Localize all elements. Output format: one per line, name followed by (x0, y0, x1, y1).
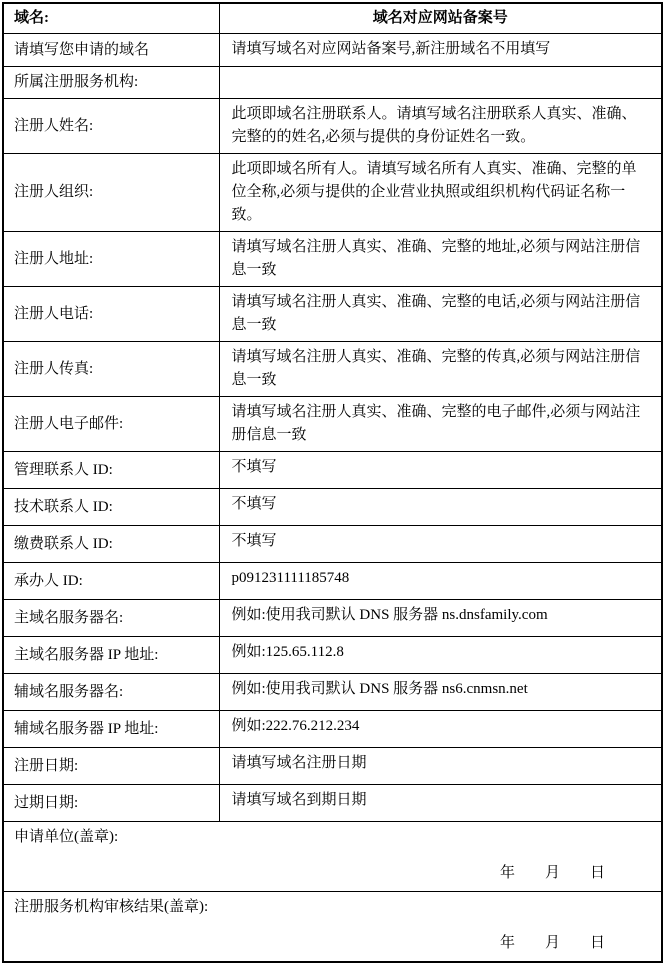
field-value: 不填写 (219, 526, 662, 563)
field-value (219, 67, 662, 99)
field-label: 注册人传真: (3, 342, 219, 397)
header-beian-label: 域名对应网站备案号 (219, 3, 662, 34)
field-value: 不填写 (219, 452, 662, 489)
table-row: 注册人地址: 请填写域名注册人真实、准确、完整的地址,必须与网站注册信息一致 (3, 232, 662, 287)
table-row-header: 域名: 域名对应网站备案号 (3, 3, 662, 34)
field-label: 注册日期: (3, 748, 219, 785)
field-value: 不填写 (219, 489, 662, 526)
field-label: 辅域名服务器名: (3, 674, 219, 711)
table-row: 注册人组织: 此项即域名所有人。请填写域名所有人真实、准确、完整的单位全称,必须… (3, 154, 662, 232)
applicant-stamp-label: 申请单位(盖章): (14, 826, 651, 849)
table-row-applicant-stamp: 申请单位(盖章): 年 月 日 (3, 822, 662, 892)
table-row: 注册人电子邮件: 请填写域名注册人真实、准确、完整的电子邮件,必须与网站注册信息… (3, 397, 662, 452)
field-value: 请填写域名对应网站备案号,新注册域名不用填写 (219, 34, 662, 67)
table-row: 主域名服务器名: 例如:使用我司默认 DNS 服务器 ns.dnsfamily.… (3, 600, 662, 637)
applicant-stamp-cell: 申请单位(盖章): 年 月 日 (3, 822, 662, 892)
table-row: 承办人 ID: p091231111185748 (3, 563, 662, 600)
field-label: 技术联系人 ID: (3, 489, 219, 526)
field-value: 例如:125.65.112.8 (219, 637, 662, 674)
field-value: 请填写域名到期日期 (219, 785, 662, 822)
field-value: 请填写域名注册人真实、准确、完整的电话,必须与网站注册信息一致 (219, 287, 662, 342)
field-label: 请填写您申请的域名 (3, 34, 219, 67)
field-value: 请填写域名注册人真实、准确、完整的电子邮件,必须与网站注册信息一致 (219, 397, 662, 452)
field-value: 请填写域名注册人真实、准确、完整的传真,必须与网站注册信息一致 (219, 342, 662, 397)
header-domain-label: 域名: (3, 3, 219, 34)
field-label: 辅域名服务器 IP 地址: (3, 711, 219, 748)
table-row: 所属注册服务机构: (3, 67, 662, 99)
field-label: 注册人电子邮件: (3, 397, 219, 452)
table-row: 注册人姓名: 此项即域名注册联系人。请填写域名注册联系人真实、准确、完整的的姓名… (3, 99, 662, 154)
field-value: 请填写域名注册人真实、准确、完整的地址,必须与网站注册信息一致 (219, 232, 662, 287)
field-value: 例如:222.76.212.234 (219, 711, 662, 748)
registrar-stamp-cell: 注册服务机构审核结果(盖章): 年 月 日 (3, 892, 662, 962)
table-row: 请填写您申请的域名 请填写域名对应网站备案号,新注册域名不用填写 (3, 34, 662, 67)
table-row: 缴费联系人 ID: 不填写 (3, 526, 662, 563)
field-label: 缴费联系人 ID: (3, 526, 219, 563)
field-value: 例如:使用我司默认 DNS 服务器 ns6.cnmsn.net (219, 674, 662, 711)
domain-registration-form-table: 域名: 域名对应网站备案号 请填写您申请的域名 请填写域名对应网站备案号,新注册… (2, 2, 663, 963)
applicant-date-line: 年 月 日 (14, 862, 651, 885)
field-label: 注册人组织: (3, 154, 219, 232)
field-label: 主域名服务器名: (3, 600, 219, 637)
field-value: 此项即域名所有人。请填写域名所有人真实、准确、完整的单位全称,必须与提供的企业营… (219, 154, 662, 232)
table-row: 辅域名服务器名: 例如:使用我司默认 DNS 服务器 ns6.cnmsn.net (3, 674, 662, 711)
field-label: 注册人姓名: (3, 99, 219, 154)
field-label: 所属注册服务机构: (3, 67, 219, 99)
field-value: 例如:使用我司默认 DNS 服务器 ns.dnsfamily.com (219, 600, 662, 637)
table-row: 辅域名服务器 IP 地址: 例如:222.76.212.234 (3, 711, 662, 748)
table-row: 过期日期: 请填写域名到期日期 (3, 785, 662, 822)
field-label: 过期日期: (3, 785, 219, 822)
field-value: 此项即域名注册联系人。请填写域名注册联系人真实、准确、完整的的姓名,必须与提供的… (219, 99, 662, 154)
table-row: 管理联系人 ID: 不填写 (3, 452, 662, 489)
field-label: 主域名服务器 IP 地址: (3, 637, 219, 674)
registrar-date-line: 年 月 日 (14, 932, 651, 955)
field-label: 注册人电话: (3, 287, 219, 342)
table-row-registrar-stamp: 注册服务机构审核结果(盖章): 年 月 日 (3, 892, 662, 962)
table-row: 注册人电话: 请填写域名注册人真实、准确、完整的电话,必须与网站注册信息一致 (3, 287, 662, 342)
field-label: 注册人地址: (3, 232, 219, 287)
table-row: 注册日期: 请填写域名注册日期 (3, 748, 662, 785)
table-row: 技术联系人 ID: 不填写 (3, 489, 662, 526)
registrar-stamp-label: 注册服务机构审核结果(盖章): (14, 896, 651, 919)
table-row: 注册人传真: 请填写域名注册人真实、准确、完整的传真,必须与网站注册信息一致 (3, 342, 662, 397)
field-value: p091231111185748 (219, 563, 662, 600)
field-label: 管理联系人 ID: (3, 452, 219, 489)
field-value: 请填写域名注册日期 (219, 748, 662, 785)
field-label: 承办人 ID: (3, 563, 219, 600)
table-row: 主域名服务器 IP 地址: 例如:125.65.112.8 (3, 637, 662, 674)
